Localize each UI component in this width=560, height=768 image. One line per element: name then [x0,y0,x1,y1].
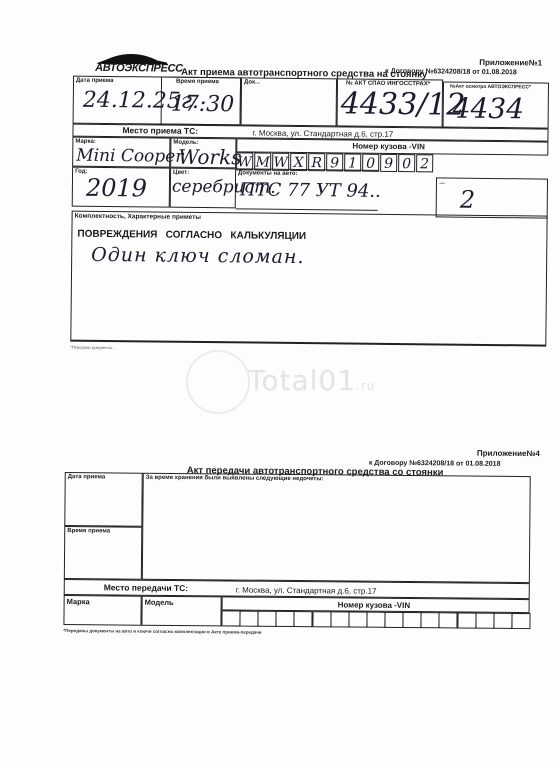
model-field[interactable]: Модель [141,596,221,627]
brand-field[interactable]: Марка [63,595,141,626]
vin-cell[interactable] [439,612,458,628]
time-field[interactable]: Время приема [64,526,142,580]
vin-cell[interactable] [366,612,385,628]
vin-cell[interactable] [493,613,512,629]
place-value: г. Москва, ул. Стандартная д.6, стр.17 [236,586,377,596]
handover-act-form: Приложение№4 к Договору №6324208/18 от 0… [0,0,560,768]
vin-cell[interactable] [330,611,349,627]
vin-cell[interactable] [221,610,240,626]
vin-cell[interactable] [511,613,530,629]
vin-cell[interactable] [403,612,422,628]
vin-cell[interactable] [457,612,476,628]
vin-cell[interactable] [276,611,295,627]
date-field[interactable]: Дата приема [64,472,142,527]
vin-cell[interactable] [258,611,277,627]
vin-cell[interactable] [348,612,367,628]
vin-cell[interactable] [475,613,494,629]
appendix-number: Приложение№4 [477,449,540,459]
vin-cell[interactable] [421,612,440,628]
vin-cell[interactable] [240,611,259,627]
vin-cell[interactable] [294,611,313,627]
vin-cells [5,0,560,2]
vin-label: Номер кузова -VIN [338,600,411,610]
vin-cell[interactable] [312,611,331,627]
footnote: *Переданы документы на авто и ключи согл… [63,628,261,635]
vin-cell[interactable] [384,612,403,628]
defects-field[interactable]: За время хранения были выявлены следующи… [142,473,531,583]
place-label: Место передачи ТС: [104,582,188,593]
